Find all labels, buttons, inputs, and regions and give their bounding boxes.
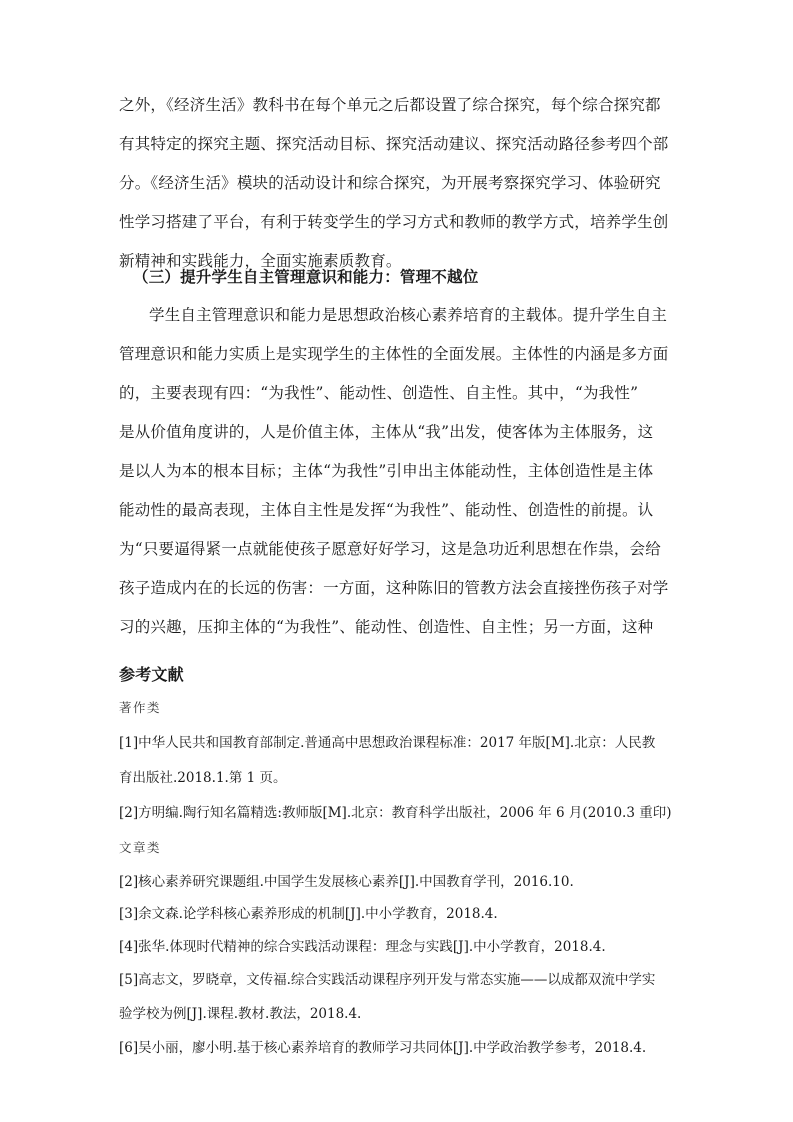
section-heading: （三）提升学生自主管理意识和能力：管理不越位 [133, 267, 693, 287]
paragraph-line: 性学习搭建了平台，有利于转变学生的学习方式和教师的教学方式，培养学生创 [119, 212, 679, 232]
reference-entry: [4]张华.体现时代精神的综合实践活动课程：理念与实践[J].中小学教育，201… [119, 937, 679, 957]
paragraph-line: 学生自主管理意识和能力是思想政治核心素养培育的主载体。提升学生自主 [149, 305, 709, 325]
reference-entry: 育出版社.2018.1.第 1 页。 [119, 768, 679, 788]
paragraph-line: 分。《经济生活》模块的活动设计和综合探究，为开展考察探究学习、体验研究 [119, 173, 679, 193]
reference-entry: [1]中华人民共和国教育部制定.普通高中思想政治课程标准：2017 年版[M].… [119, 733, 679, 753]
paragraph-line: 为“只要逼得紧一点就能使孩子愿意好好学习，这是急功近利思想在作祟，会给 [119, 539, 679, 559]
books-category-label: 著作类 [119, 698, 679, 718]
reference-entry: [2]核心素养研究课题组.中国学生发展核心素养[J].中国教育学刊，2016.1… [119, 872, 679, 892]
reference-entry: 验学校为例[J].课程.教材.教法，2018.4. [119, 1004, 679, 1024]
reference-entry: [5]高志文，罗晓章，文传福.综合实践活动课程序列开发与常态实施——以成都双流中… [119, 970, 679, 990]
paragraph-line: 之外，《经济生活》教科书在每个单元之后都设置了综合探究，每个综合探究都 [119, 95, 679, 115]
reference-entry: [3]余文森.论学科核心素养形成的机制[J].中小学教育，2018.4. [119, 904, 679, 924]
paragraph-line: 有其特定的探究主题、探究活动目标、探究活动建议、探究活动路径参考四个部 [119, 134, 679, 154]
reference-entry: [2]方明编.陶行知名篇精选:教师版[M].北京：教育科学出版社，2006 年 … [119, 803, 679, 823]
paragraph-line: 是从价值角度讲的，人是价值主体，主体从“我”出发，使客体为主体服务，这 [119, 422, 679, 442]
document-page: 之外，《经济生活》教科书在每个单元之后都设置了综合探究，每个综合探究都 有其特定… [0, 0, 793, 1122]
paragraph-line: 管理意识和能力实质上是实现学生的主体性的全面发展。主体性的内涵是多方面 [119, 344, 679, 364]
paragraph-line: 能动性的最高表现，主体自主性是发挥“为我性”、能动性、创造性的前提。认 [119, 500, 679, 520]
paragraph-line: 孩子造成内在的长远的伤害：一方面，这种陈旧的管教方法会直接挫伤孩子对学 [119, 578, 679, 598]
paragraph-line: 的，主要表现有四：“为我性”、能动性、创造性、自主性。其中，“为我性” [119, 383, 679, 403]
paragraph-line: 是以人为本的根本目标；主体“为我性”引申出主体能动性，主体创造性是主体 [119, 461, 679, 481]
references-title: 参考文献 [119, 665, 679, 685]
articles-category-label: 文章类 [119, 838, 679, 858]
paragraph-line: 习的兴趣，压抑主体的“为我性”、能动性、创造性、自主性；另一方面，这种 [119, 617, 679, 637]
reference-entry: [6]吴小丽，廖小明.基于核心素养培育的教师学习共同体[J].中学政治教学参考，… [119, 1038, 679, 1058]
